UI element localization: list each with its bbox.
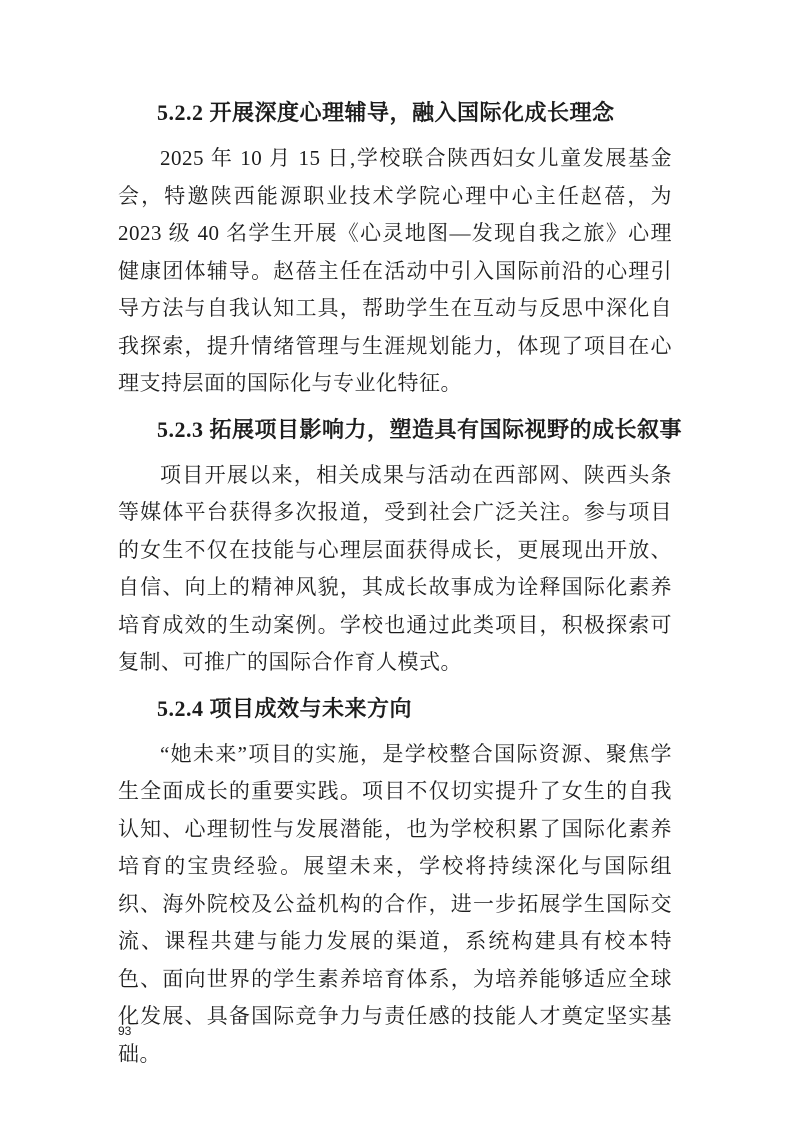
section-heading-5-2-4: 5.2.4 项目成效与未来方向	[118, 694, 672, 724]
section-5-2-4: 5.2.4 项目成效与未来方向 “她未来”项目的实施，是学校整合国际资源、聚焦学…	[118, 694, 672, 1074]
section-paragraph-5-2-2: 2025 年 10 月 15 日,学校联合陕西妇女儿童发展基金会，特邀陕西能源职…	[118, 140, 672, 403]
section-paragraph-5-2-4: “她未来”项目的实施，是学校整合国际资源、聚焦学生全面成长的重要实践。项目不仅切…	[118, 736, 672, 1074]
section-heading-5-2-2: 5.2.2 开展深度心理辅导，融入国际化成长理念	[118, 98, 672, 128]
page-number: 93	[118, 1024, 131, 1038]
section-5-2-3: 5.2.3 拓展项目影响力，塑造具有国际视野的成长叙事 项目开展以来，相关成果与…	[118, 415, 672, 682]
document-content: 5.2.2 开展深度心理辅导，融入国际化成长理念 2025 年 10 月 15 …	[118, 88, 672, 1085]
section-paragraph-5-2-3: 项目开展以来，相关成果与活动在西部网、陕西头条等媒体平台获得多次报道，受到社会广…	[118, 457, 672, 682]
section-5-2-2: 5.2.2 开展深度心理辅导，融入国际化成长理念 2025 年 10 月 15 …	[118, 98, 672, 403]
section-heading-5-2-3: 5.2.3 拓展项目影响力，塑造具有国际视野的成长叙事	[118, 415, 672, 445]
document-page: 5.2.2 开展深度心理辅导，融入国际化成长理念 2025 年 10 月 15 …	[0, 0, 794, 1123]
